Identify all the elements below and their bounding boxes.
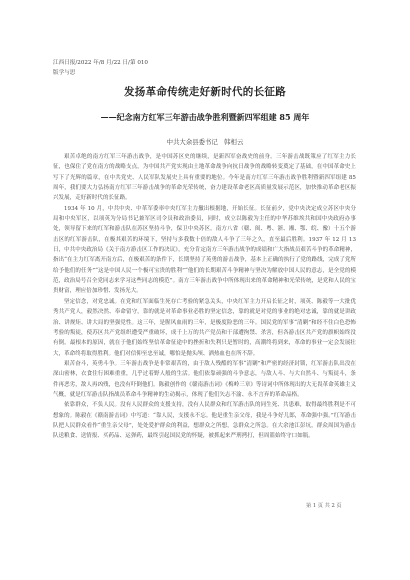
- article-author: 中共大余县委书记 韩相云: [0, 137, 410, 146]
- paragraph: 艰苦奋斗，英勇斗争。三年游击战争是非常艰苦的，由于敌人残酷的军事“清剿”和严密的…: [53, 359, 356, 400]
- section-label: 版学与思: [53, 68, 148, 78]
- page-number: 第 1 页 共 2 页: [306, 502, 342, 509]
- source-line: 江西日报/2022 年/8 月/22 日/第 010: [53, 58, 148, 68]
- paragraph: 依靠群众，不负人民。没有人民群众的支援支持，没有人民群众和红军游击队的同生死、共…: [53, 400, 356, 441]
- paragraph: 艰苦卓绝的南方红军三年游击战争，是中国苏区史的继续，是新四军奋战史的前身。三年游…: [53, 152, 356, 204]
- paragraph: 坚定信念，对党忠诚。在党和红军面临生死存亡考验的紧急关头，中央红军主力开启长征之…: [53, 297, 356, 359]
- article-title: 发扬革命传统走好新时代的长征路: [0, 84, 410, 99]
- paragraph: 1934 年 10 月，中共中央、中革军委率中央红军主力撤出根据地，开始长征。长…: [53, 204, 356, 297]
- document-page: 江西日报/2022 年/8 月/22 日/第 010 版学与思 发扬革命传统走好…: [0, 0, 410, 580]
- article-body: 艰苦卓绝的南方红军三年游击战争，是中国苏区史的继续，是新四军奋战史的前身。三年游…: [53, 152, 356, 442]
- article-meta: 江西日报/2022 年/8 月/22 日/第 010 版学与思: [53, 58, 148, 78]
- article-subtitle: ——纪念南方红军三年游击战争胜利暨新四军组建 85 周年: [0, 112, 410, 123]
